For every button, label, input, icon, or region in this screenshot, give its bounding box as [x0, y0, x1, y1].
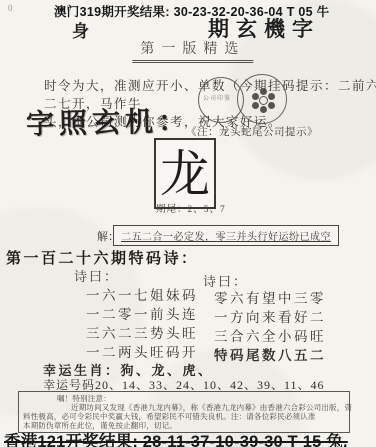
edition-heading: 第一版精选: [132, 38, 253, 63]
mystic-character: 龙: [160, 149, 210, 199]
solution-box: 二五二合一必定发，零三并头行好运纷已成空: [113, 225, 339, 246]
mystic-character-box: 龙: [154, 138, 216, 209]
masthead-left-char: 身: [72, 17, 89, 42]
flower-seal-stamp-icon: [237, 74, 287, 124]
hongkong-draw-result: 香港121开奖结果: 28-11-37-10-39-30 T 15 兔.: [4, 428, 348, 447]
special-notice-box: 嘱！特别注意： 近期坊间又发现《香港九龙内幕》，称《香港九龙内幕》由香港六合彩公…: [18, 391, 350, 433]
stamp-text: 公司印鉴: [203, 93, 231, 102]
poem-left-heading: 诗曰：: [74, 266, 119, 285]
poem-left-line: 一二两头旺码开: [86, 341, 198, 361]
flower-dots-icon: [259, 96, 268, 105]
poem-section-title: 第一百二十六期特码诗：: [6, 247, 199, 268]
company-note: 《注：龙头蛇尾公司提示》: [186, 124, 318, 139]
lottery-tip-sheet: 0 0 澳门319期开奖结果: 30-23-32-20-36-04 T 05 牛…: [0, 0, 376, 447]
poem-right-line: 零六有望中三零: [214, 287, 326, 307]
poem-right-line: 特码尾数八五二: [214, 344, 326, 364]
poem-right-line: 一方向来看好二: [214, 306, 326, 326]
poem-left-line: 一六一七姐妹码: [86, 284, 198, 304]
poem-right-line: 三合六全小码旺: [214, 325, 326, 345]
poem-left-line: 一二零一前头连: [86, 303, 198, 323]
tail-numbers-note: 期尾：2、5、7: [156, 201, 226, 215]
mystic-label: 字照玄机：: [26, 99, 192, 142]
poem-left-line: 三六二三势头旺: [86, 322, 198, 342]
